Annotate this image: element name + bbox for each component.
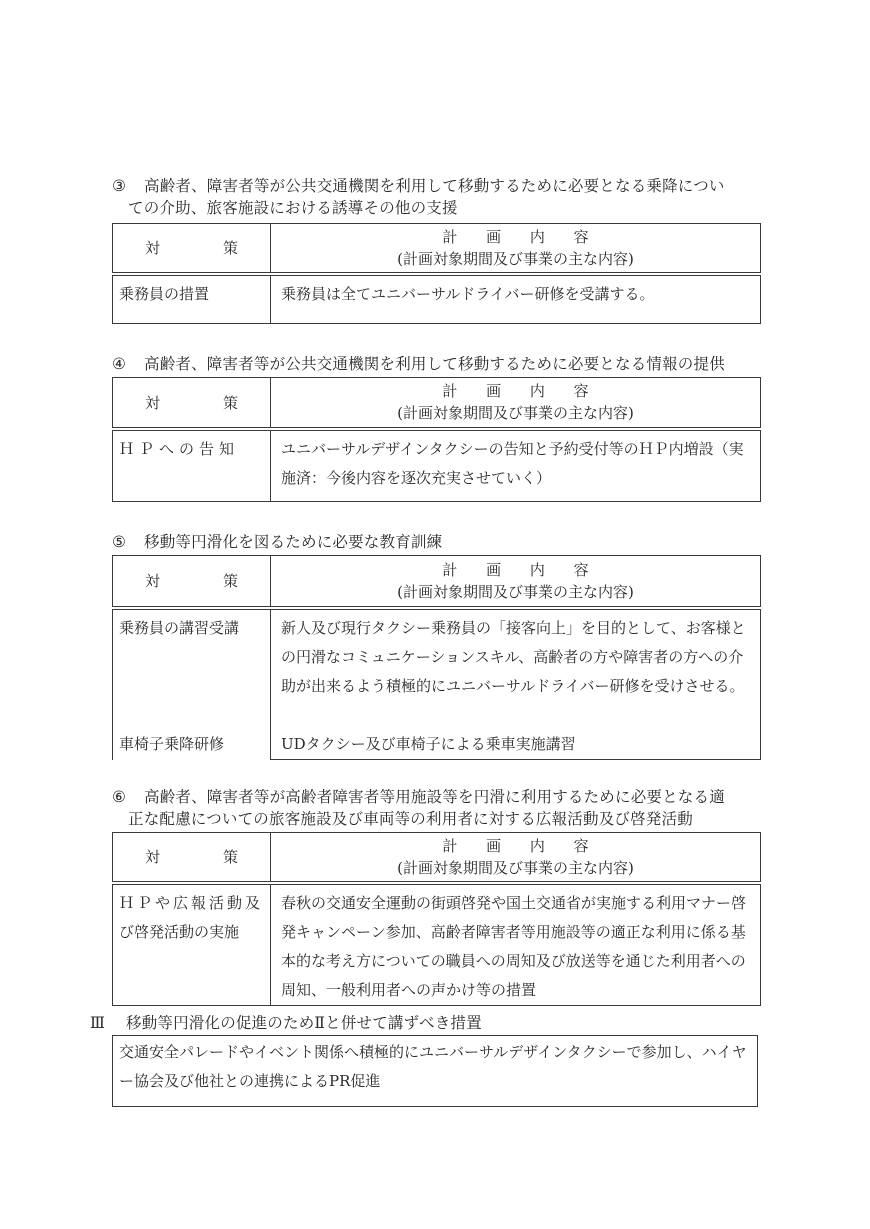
header-plan: 計 画 内 容 (計画対象期間及び事業の主な内容): [271, 378, 761, 429]
section-title-line1: 高齢者、障害者等が公共交通機関を利用して移動するために必要となる情報の提供: [144, 355, 725, 373]
measure-cell: ＨＰや広報活動及 び啓発活動の実施: [113, 883, 271, 1006]
content-text: UDタクシー及び車椅子による乗車実施講習: [281, 730, 754, 759]
section-4-heading: ④高齢者、障害者等が公共交通機関を利用して移動するために必要となる情報の提供: [112, 353, 725, 375]
document-page: ③高齢者、障害者等が公共交通機関を利用して移動するために必要となる乗降につい て…: [0, 0, 870, 1229]
section-4-table: 対 策 計 画 内 容 (計画対象期間及び事業の主な内容) ＨＰへの告知 ユニバ…: [112, 377, 761, 502]
content-cell: 乗務員は全てユニバーサルドライバー研修を受講する。: [271, 274, 761, 324]
header-plan-title: 計 画 内 容: [271, 380, 760, 402]
header-plan-subtitle: (計画対象期間及び事業の主な内容): [271, 581, 760, 603]
header-plan: 計 画 内 容 (計画対象期間及び事業の主な内容): [271, 833, 761, 883]
measure-cell: 乗務員の措置: [113, 274, 271, 324]
table-row: ＨＰや広報活動及 び啓発活動の実施 春秋の交通安全運動の街頭啓発や国土交通省が実…: [113, 883, 761, 1006]
measure-text-line1: ＨＰや広報活動及: [119, 889, 266, 918]
section-title-line1: 高齢者、障害者等が公共交通機関を利用して移動するために必要となる乗降につい: [144, 177, 725, 195]
header-measure: 対 策: [113, 224, 271, 274]
header-measure: 対 策: [113, 833, 271, 883]
header-plan: 計 画 内 容 (計画対象期間及び事業の主な内容): [271, 556, 761, 608]
measure-text-line2: び啓発活動の実施: [119, 918, 266, 947]
section-title: 移動等円滑化の促進のためⅡと併せて講ずべき措置: [126, 1014, 482, 1032]
section-title-line1: 移動等円滑化を図るために必要な教育訓練: [144, 533, 442, 551]
section-III-heading: Ⅲ移動等円滑化の促進のためⅡと併せて講ずべき措置: [90, 1012, 482, 1034]
section-5-table: 対 策 計 画 内 容 (計画対象期間及び事業の主な内容) 乗務員の講習受講 車…: [112, 555, 761, 760]
section-number: ③: [112, 175, 144, 197]
header-measure: 対 策: [113, 378, 271, 429]
section-number: ⑤: [112, 531, 144, 553]
table-row: ＨＰへの告知 ユニバーサルデザインタクシーの告知と予約受付等のＨＰ内増設（実施済…: [113, 429, 761, 502]
measure-cell: ＨＰへの告知: [113, 429, 271, 502]
section-number: Ⅲ: [90, 1012, 126, 1034]
content-cell: 春秋の交通安全運動の街頭啓発や国土交通省が実施する利用マナー啓発キャンペーン参加…: [271, 883, 761, 1006]
section-III-box: 交通安全パレードやイベント関係へ積極的にユニバーサルデザインタクシーで参加し、ハ…: [112, 1035, 758, 1107]
header-measure: 対 策: [113, 556, 271, 608]
section-title-line2: ての介助、旅客施設における誘導その他の支援: [112, 197, 725, 219]
content-cell: 新人及び現行タクシー乗務員の「接客向上」を目的として、お客様との円滑なコミュニケ…: [271, 608, 761, 760]
measure-cell: 乗務員の講習受講 車椅子乗降研修: [113, 608, 271, 760]
header-plan-subtitle: (計画対象期間及び事業の主な内容): [271, 402, 760, 424]
section-title-line1: 高齢者、障害者等が高齢者障害者等用施設等を円滑に利用するために必要となる適: [144, 788, 725, 806]
content-cell: ユニバーサルデザインタクシーの告知と予約受付等のＨＰ内増設（実施済：今後内容を逐…: [271, 429, 761, 502]
section-6-table: 対 策 計 画 内 容 (計画対象期間及び事業の主な内容) ＨＰや広報活動及 び…: [112, 832, 761, 1006]
measure-text: 乗務員の講習受講: [119, 614, 266, 643]
table-row: 乗務員の講習受講 車椅子乗降研修 新人及び現行タクシー乗務員の「接客向上」を目的…: [113, 608, 761, 760]
header-plan-title: 計 画 内 容: [271, 226, 760, 248]
section-5-heading: ⑤移動等円滑化を図るために必要な教育訓練: [112, 531, 442, 553]
section-3-table: 対 策 計 画 内 容 (計画対象期間及び事業の主な内容) 乗務員の措置 乗務員…: [112, 223, 761, 324]
content-text: 新人及び現行タクシー乗務員の「接客向上」を目的として、お客様との円滑なコミュニケ…: [281, 614, 754, 730]
section-3-heading: ③高齢者、障害者等が公共交通機関を利用して移動するために必要となる乗降につい て…: [112, 175, 725, 219]
header-plan: 計 画 内 容 (計画対象期間及び事業の主な内容): [271, 224, 761, 274]
measure-text: 車椅子乗降研修: [119, 730, 266, 759]
section-6-heading: ⑥高齢者、障害者等が高齢者障害者等用施設等を円滑に利用するために必要となる適 正…: [112, 786, 725, 830]
header-plan-title: 計 画 内 容: [271, 835, 760, 857]
header-plan-subtitle: (計画対象期間及び事業の主な内容): [271, 248, 760, 270]
header-plan-title: 計 画 内 容: [271, 559, 760, 581]
section-number: ④: [112, 353, 144, 375]
header-plan-subtitle: (計画対象期間及び事業の主な内容): [271, 857, 760, 879]
table-row: 乗務員の措置 乗務員は全てユニバーサルドライバー研修を受講する。: [113, 274, 761, 324]
section-title-line2: 正な配慮についての旅客施設及び車両等の利用者に対する広報活動及び啓発活動: [112, 808, 725, 830]
section-number: ⑥: [112, 786, 144, 808]
